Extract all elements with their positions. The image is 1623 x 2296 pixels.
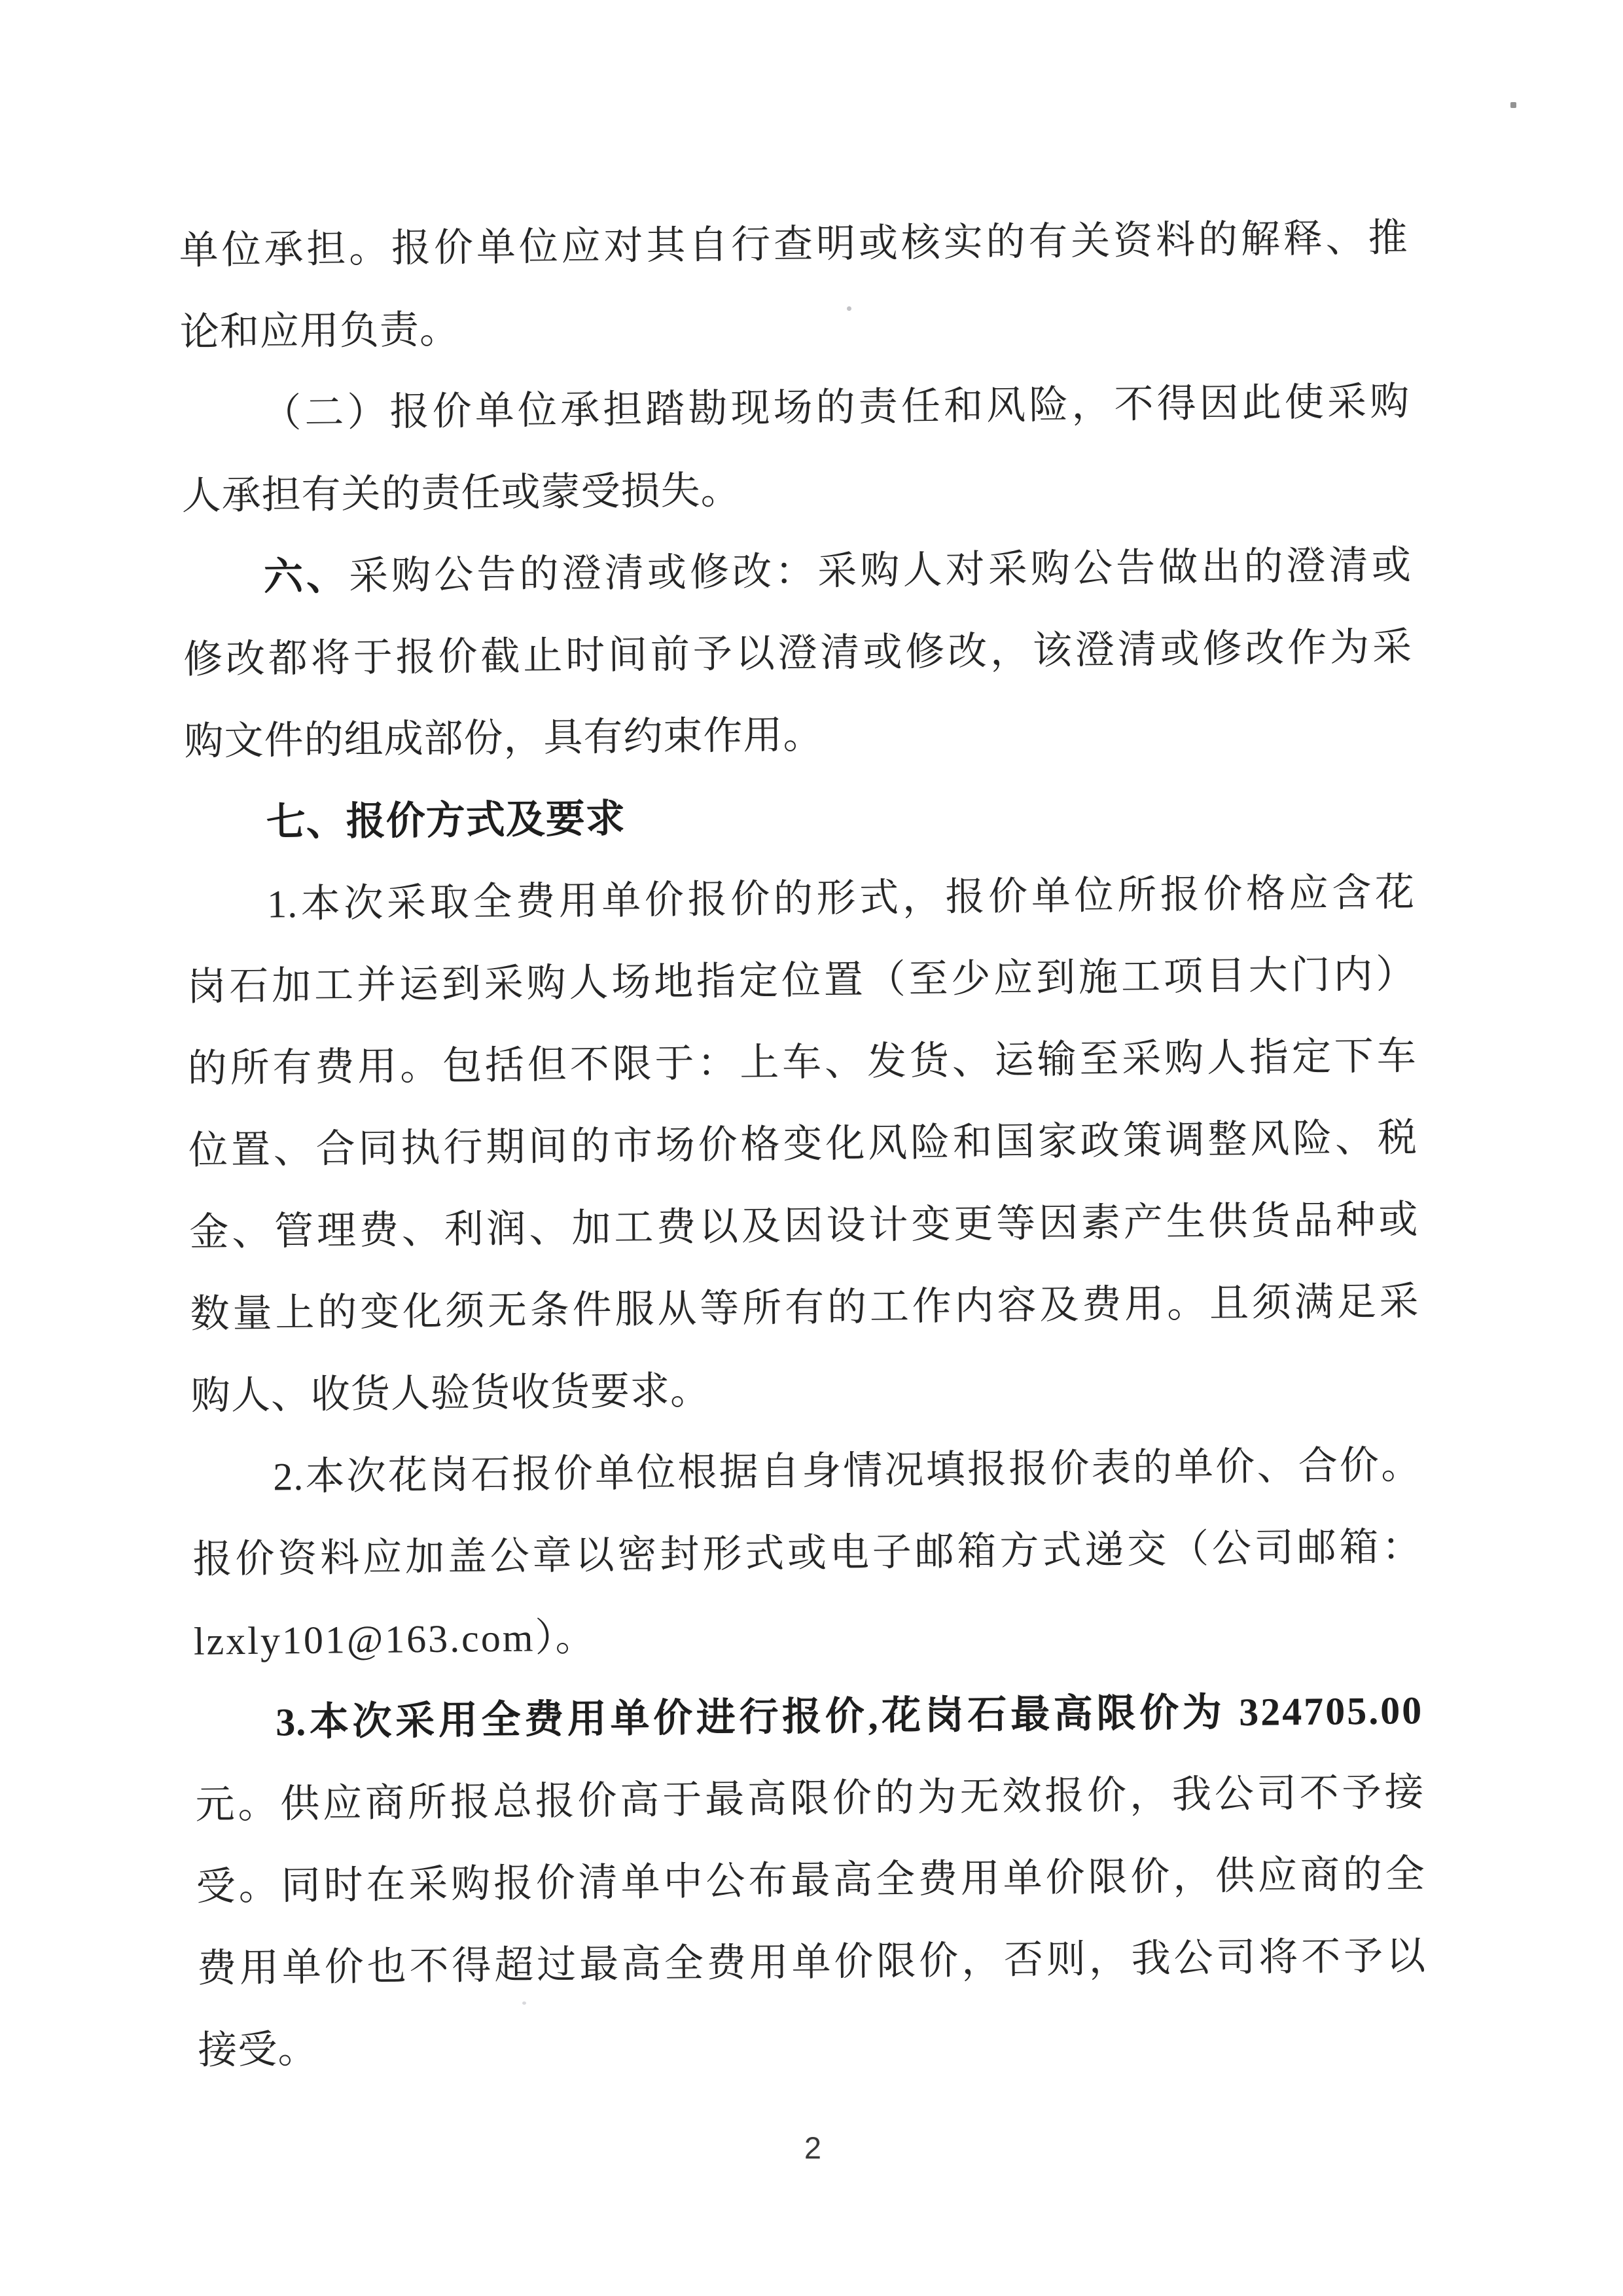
page-text: 单位承担。报价单位应对其自行查明或核实的有关资料的解释、推论和应用负责。（二）报… — [179, 197, 1427, 2092]
text-segment: （二）报价单位承担踏勘现场的责任和风险，不得因此使采购 — [262, 380, 1410, 435]
text-line-23: 接受。 — [198, 1997, 1427, 2092]
text-segment: 接受。 — [198, 2028, 318, 2072]
text-segment: 修改都将于报价截止时间前予以澄清或修改，该澄清或修改作为采 — [183, 625, 1413, 681]
text-line-2: 论和应用负责。 — [179, 279, 1409, 374]
text-line-18: lzxly101@163.com）。 — [193, 1588, 1423, 1683]
text-line-22: 费用单价也不得超过最高全费用单价限价，否则，我公司将不予以 — [196, 1915, 1426, 2010]
text-line-16: 2.本次花岗石报价单位根据自身情况填报报价表的单价、合价。 — [192, 1424, 1421, 1519]
text-segment: 六、 — [264, 554, 349, 598]
text-segment: 购人、收货人验货收货要求。 — [191, 1369, 711, 1418]
scan-speck — [1510, 102, 1516, 108]
text-segment: 3.本次采用全费用单价进行报价,花岗石最高限价为 — [276, 1691, 1240, 1744]
text-segment: 1.本次采取全费用单价报价的形式，报价单位所报价格应含花 — [267, 870, 1416, 925]
text-segment: 受。同时在采购报价清单中公布最高全费用单价限价，供应商的全 — [196, 1852, 1425, 1909]
text-line-21: 受。同时在采购报价清单中公布最高全费用单价限价，供应商的全 — [196, 1833, 1425, 1928]
text-segment: 元。供应商所报总报价高于最高限价的为无效报价，我公司不予接 — [195, 1770, 1425, 1827]
page-number: 2 — [787, 2128, 839, 2168]
text-segment: 位置、合同执行期间的市场价格变化风险和国家政策调整风险、税 — [188, 1116, 1418, 1172]
text-line-12: 位置、合同执行期间的市场价格变化风险和国家政策调整风险、税 — [188, 1097, 1418, 1192]
text-segment: 报价资料应加盖公章以密封形式或电子邮箱方式递交（公司邮箱： — [192, 1525, 1422, 1581]
text-line-17: 报价资料应加盖公章以密封形式或电子邮箱方式递交（公司邮箱： — [192, 1506, 1422, 1601]
text-line-13: 金、管理费、利润、加工费以及因设计变更等因素产生供货品种或 — [189, 1179, 1419, 1274]
text-segment: 数量上的变化须无条件服从等所有的工作内容及费用。且须满足采 — [190, 1280, 1419, 1336]
text-line-11: 的所有费用。包括但不限于：上车、发货、运输至采购人指定下车 — [187, 1015, 1417, 1110]
text-segment: 岗石加工并运到采购人场地指定位置（至少应到施工项目大门内） — [187, 952, 1416, 1009]
text-segment: 采购公告的澄清或修改：采购人对采购公告做出的澄清或 — [349, 543, 1412, 598]
text-segment: 单位承担。报价单位应对其自行查明或核实的有关资料的解释、推 — [179, 216, 1408, 272]
text-line-19: 3.本次采用全费用单价进行报价,花岗石最高限价为 324705.00 — [194, 1670, 1424, 1765]
text-segment: lzxly101@163.com — [194, 1616, 535, 1662]
text-segment: 购文件的组成部份，具有约束作用。 — [184, 713, 823, 763]
text-segment: 2.本次花岗石报价单位根据自身情况填报报价表的单价、合价。 — [273, 1443, 1421, 1498]
text-segment: 七、报价方式及要求 — [266, 797, 626, 844]
text-line-3: （二）报价单位承担踏勘现场的责任和风险，不得因此使采购 — [181, 361, 1410, 456]
text-line-10: 岗石加工并运到采购人场地指定位置（至少应到施工项目大门内） — [187, 933, 1416, 1028]
scan-speck — [847, 306, 851, 311]
text-segment: 费用单价也不得超过最高全费用单价限价，否则，我公司将不予以 — [197, 1934, 1427, 1990]
text-segment: 人承担有关的责任或蒙受损失。 — [181, 469, 741, 518]
text-line-5: 六、采购公告的澄清或修改：采购人对采购公告做出的澄清或 — [182, 524, 1412, 619]
text-line-20: 元。供应商所报总报价高于最高限价的为无效报价，我公司不予接 — [195, 1751, 1425, 1846]
text-line-8: 七、报价方式及要求 — [185, 770, 1414, 865]
text-line-15: 购人、收货人验货收货要求。 — [190, 1342, 1420, 1437]
text-segment: 金、管理费、利润、加工费以及因设计变更等因素产生供货品种或 — [189, 1198, 1419, 1254]
scanned-document-page: 单位承担。报价单位应对其自行查明或核实的有关资料的解释、推论和应用负责。（二）报… — [0, 0, 1623, 2296]
text-line-4: 人承担有关的责任或蒙受损失。 — [181, 442, 1411, 537]
text-line-7: 购文件的组成部份，具有约束作用。 — [184, 688, 1414, 783]
text-segment: 324705.00 — [1239, 1689, 1424, 1734]
text-segment: 的所有费用。包括但不限于：上车、发货、运输至采购人指定下车 — [187, 1034, 1417, 1090]
text-segment: 论和应用负责。 — [180, 308, 460, 353]
text-line-6: 修改都将于报价截止时间前予以澄清或修改，该澄清或修改作为采 — [183, 606, 1413, 701]
text-line-9: 1.本次采取全费用单价报价的形式，报价单位所报价格应含花 — [185, 852, 1415, 946]
text-line-14: 数量上的变化须无条件服从等所有的工作内容及费用。且须满足采 — [190, 1261, 1419, 1355]
scan-speck — [522, 2001, 526, 2005]
text-segment: ）。 — [535, 1615, 596, 1659]
text-line-1: 单位承担。报价单位应对其自行查明或核实的有关资料的解释、推 — [179, 197, 1408, 292]
